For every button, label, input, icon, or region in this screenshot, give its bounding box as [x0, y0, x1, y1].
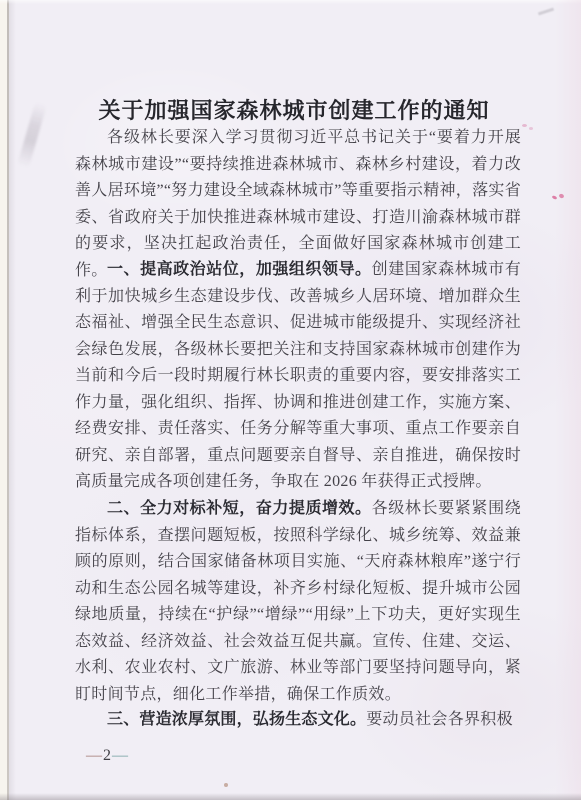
- paragraph-text: 要动员社会各界积极: [366, 711, 513, 728]
- section-3-heading: 三、营造浓厚氛围，弘扬生态文化。: [107, 709, 366, 728]
- scan-right-edge-tint: [555, 0, 581, 800]
- scan-bottom-edge-shadow: [0, 793, 581, 800]
- document-title: 关于加强国家森林城市创建工作的通知: [68, 94, 520, 125]
- paragraph-section-3: 三、营造浓厚氛围，弘扬生态文化。要动员社会各界积极: [75, 706, 521, 734]
- scan-scratch-artifact: [538, 8, 554, 16]
- scan-left-margin-strip: [0, 0, 7, 800]
- paragraph-section-2: 二、全力对标补短，奋力提质增效。各级林长要紧紧围绕指标体系，查摆问题短板，按照科…: [75, 495, 521, 708]
- paragraph-text: 各级林长要紧紧围绕指标体系，查摆问题短板，按照科学绿化、城乡统筹、效益兼顾的原则…: [75, 500, 521, 703]
- paragraph-section-1: 一、提高政治站位，加强组织领导。创建国家森林城市有利于加快城乡生态建设步伐、改善…: [75, 256, 521, 496]
- section-2-heading: 二、全力对标补短，奋力提质增效。: [107, 498, 372, 517]
- scan-left-edge-shadow: [9, 0, 16, 800]
- scan-top-edge: [0, 0, 581, 4]
- page-number-value: 2: [103, 747, 112, 764]
- brown-dust-speck: [224, 783, 228, 787]
- scanned-document-page: { "document": { "title": "关于加强国家森林城市创建工作…: [0, 0, 581, 800]
- paragraph-text: 创建国家森林城市有利于加快城乡生态建设步伐、改善城乡人居环境、增加群众生态福祉、…: [75, 261, 521, 490]
- section-1-heading: 一、提高政治站位，加强组织领导。: [107, 259, 372, 278]
- page-number-right-dash: —: [112, 747, 129, 764]
- pink-ink-speck: [522, 124, 527, 127]
- pink-ink-speck: [529, 127, 533, 130]
- page-number: —2—: [86, 747, 129, 765]
- pencil-smudge-artifact: [17, 102, 47, 169]
- page-number-left-dash: —: [86, 747, 103, 764]
